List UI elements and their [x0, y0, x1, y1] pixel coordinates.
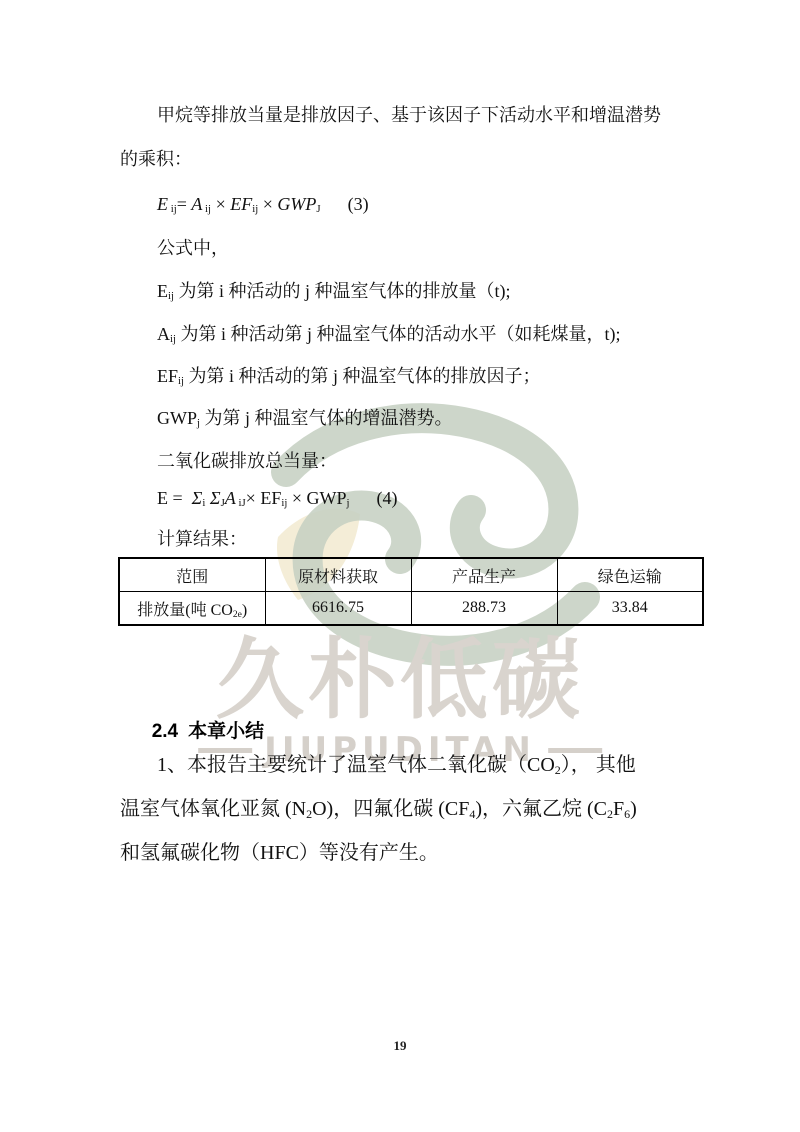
table-value-raw-materials: 6616.75: [265, 592, 411, 626]
text-segment: ): [242, 602, 247, 619]
total-equivalent-label: 二氧化碳排放总当量：: [157, 449, 337, 473]
text-segment: ): [630, 798, 637, 820]
text-segment: GWP: [277, 194, 316, 214]
text-segment: ij: [202, 203, 211, 215]
table-value-transport: 33.84: [557, 592, 703, 626]
summary-line1: 1、本报告主要统计了温室气体二氧化碳（CO2）， 其他: [157, 753, 636, 779]
text-segment: j: [347, 497, 350, 509]
text-segment: (4): [350, 488, 398, 508]
text-segment: × EF: [246, 488, 282, 508]
text-segment: ij: [170, 333, 176, 345]
table-value-production: 288.73: [411, 592, 557, 626]
table-header-row: 范围 原材料获取 产品生产 绿色运输: [119, 558, 703, 592]
table-header-production: 产品生产: [411, 558, 557, 592]
text-segment: × GWP: [287, 488, 346, 508]
text-segment: E: [157, 194, 168, 214]
text-segment: ij: [281, 497, 287, 509]
paragraph-intro-line1: 甲烷等排放当量是排放因子、基于该因子下活动水平和增温潜势: [157, 103, 661, 127]
text-segment: Σ: [192, 488, 203, 508]
text-segment: ×: [258, 194, 277, 214]
text-segment: E =: [157, 488, 192, 508]
text-segment: 2: [306, 807, 312, 821]
table-header-raw-materials: 原材料获取: [265, 558, 411, 592]
text-segment: 1、本报告主要统计了温室气体二氧化碳（CO: [157, 754, 555, 776]
definition-gwp: GWPj 为第 j 种温室气体的增温潜势。: [157, 406, 453, 433]
table-data-row: 排放量(吨 CO2e) 6616.75 288.73 33.84: [119, 592, 703, 626]
text-segment: 2e: [233, 609, 242, 620]
text-segment: 6: [624, 807, 630, 821]
section-number: 2.4: [152, 721, 178, 742]
text-segment: =: [177, 194, 192, 214]
text-segment: 为第 j 种温室气体的增温潜势。: [200, 408, 453, 428]
text-segment: ）， 其他: [561, 754, 636, 776]
text-segment: i: [202, 497, 205, 509]
definition-e: Eij 为第 i 种活动的 j 种温室气体的排放量（t);: [157, 279, 511, 306]
text-segment: Σ: [210, 488, 221, 508]
table-row-label: 排放量(吨 CO2e): [119, 592, 265, 626]
emissions-table: 范围 原材料获取 产品生产 绿色运输 排放量(吨 CO2e) 6616.75 2…: [118, 557, 704, 626]
text-segment: ij: [252, 203, 258, 215]
definition-a: Aij 为第 i 种活动第 j 种温室气体的活动水平（如耗煤量，t);: [157, 322, 621, 349]
text-segment: 为第 i 种活动第 j 种温室气体的活动水平（如耗煤量，t);: [176, 324, 621, 344]
text-segment: J: [316, 203, 320, 215]
text-segment: 排放量(吨 CO: [137, 602, 233, 619]
text-segment: j: [197, 417, 200, 429]
text-segment: 和氢氟碳化物（HFC）等没有产生。: [120, 842, 439, 864]
text-segment: iJ: [236, 497, 246, 509]
text-segment: )，六氟乙烷 (C: [475, 798, 607, 820]
text-segment: A: [225, 488, 236, 508]
page-number: 19: [0, 1038, 800, 1054]
text-segment: EF: [157, 366, 178, 386]
table-header-scope: 范围: [119, 558, 265, 592]
emissions-table-wrap: 范围 原材料获取 产品生产 绿色运输 排放量(吨 CO2e) 6616.75 2…: [118, 557, 704, 626]
text-segment: 为第 i 种活动的 j 种温室气体的排放量（t);: [174, 281, 511, 301]
summary-line3: 和氢氟碳化物（HFC）等没有产生。: [120, 841, 439, 865]
text-segment: A: [157, 324, 170, 344]
text-segment: EF: [230, 194, 252, 214]
table-header-transport: 绿色运输: [557, 558, 703, 592]
section-title: 本章小结: [188, 721, 264, 742]
text-segment: (3): [321, 194, 369, 214]
text-segment: ij: [168, 203, 177, 215]
result-label: 计算结果：: [157, 527, 247, 551]
summary-line2: 温室气体氧化亚氮 (N2O)，四氟化碳 (CF4)，六氟乙烷 (C2F6): [120, 797, 637, 823]
text-segment: 温室气体氧化亚氮 (N: [120, 798, 306, 820]
text-segment: A: [191, 194, 202, 214]
text-segment: E: [157, 281, 168, 301]
paragraph-intro-line2: 的乘积：: [120, 147, 192, 171]
text-segment: F: [613, 798, 624, 820]
text-segment: 2: [555, 763, 561, 777]
text-segment: 4: [469, 807, 475, 821]
document-content: 甲烷等排放当量是排放因子、基于该因子下活动水平和增温潜势 的乘积： E ij= …: [0, 0, 800, 1132]
text-segment: 为第 i 种活动的第 j 种温室气体的排放因子；: [184, 366, 541, 386]
text-segment: J: [221, 497, 225, 509]
text-segment: GWP: [157, 408, 197, 428]
formula-intro: 公式中，: [157, 236, 229, 260]
text-segment: O)，四氟化碳 (CF: [312, 798, 469, 820]
document-page: 久朴低碳 JIUPUDITAN 甲烷等排放当量是排放因子、基于该因子下活动水平和…: [0, 0, 800, 1132]
formula-4: E = Σi ΣJA iJ× EFij × GWPj (4): [157, 486, 398, 513]
text-segment: 2: [607, 807, 613, 821]
text-segment: ij: [178, 375, 184, 387]
formula-3: E ij= A ij × EFij × GWPJ (3): [157, 192, 369, 219]
definition-ef: EFij 为第 i 种活动的第 j 种温室气体的排放因子；: [157, 364, 541, 391]
text-segment: ij: [168, 290, 174, 302]
text-segment: ×: [211, 194, 230, 214]
